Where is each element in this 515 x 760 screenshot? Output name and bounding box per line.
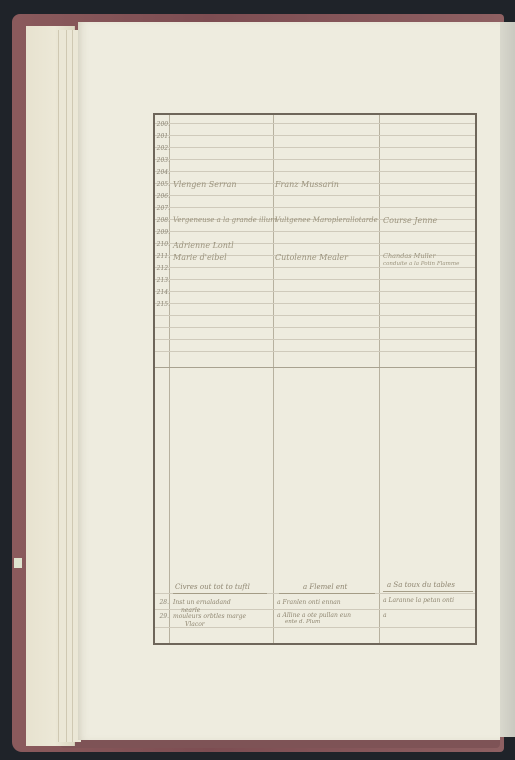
row-number: 210.	[156, 241, 170, 249]
row-number: 204.	[156, 169, 170, 177]
row-number: 211.	[156, 253, 170, 261]
row-number: 203.	[156, 157, 170, 165]
row-number: 200.	[156, 121, 170, 129]
entry-col2: Franz Mussarin	[275, 180, 339, 189]
bookmark-tab	[14, 558, 22, 568]
footer-entry-col2: a Franlen onti ennan	[277, 598, 341, 607]
entry-col3-cont: conduite a la Potin Flamme	[383, 261, 459, 267]
entry-col1: Vlengen Serran	[173, 180, 237, 189]
row-number: 214.	[156, 289, 170, 297]
entry-col3: Course Jenne	[383, 216, 437, 225]
row-number: 208.	[156, 217, 170, 225]
footer-entry-col3: a Laranne la petan onti	[383, 596, 454, 605]
entry-col1: Vergeneuse a la grande illum	[173, 216, 277, 225]
row-number: 212.	[156, 265, 170, 273]
entry-col1: Adrienne Lontl	[173, 241, 234, 250]
row-number: 205.	[156, 181, 170, 189]
footer-row-number: 29.	[153, 613, 169, 621]
row-number: 215.	[156, 301, 170, 309]
footer-entry-col2-cont: ente d. Plum	[285, 618, 320, 627]
entry-col3: Chandas Muller	[383, 252, 436, 261]
entry-col1: Marie d'eibel	[173, 253, 227, 262]
footer-header-3: a Sa toux du tables	[387, 581, 455, 590]
footer-row-number: 28.	[153, 599, 169, 607]
footer-header-1: Civres out tot to tuftl	[175, 583, 250, 592]
entry-col2: Vultgenee Maroplerallotarde	[275, 216, 378, 225]
ledger-table: 200. 201. 202. 203. 204. 205. 206. 207. …	[153, 113, 477, 645]
facing-page-edge	[500, 22, 515, 737]
footer-entry-col1-cont: Vlacor	[185, 620, 205, 629]
row-number: 206.	[156, 193, 170, 201]
footer-header-2: a Flemel ent	[303, 583, 347, 592]
footer-entry-col3: a	[383, 611, 387, 620]
row-number: 202.	[156, 145, 170, 153]
entry-col2: Cutolenne Mealer	[275, 253, 348, 262]
row-number: 207.	[156, 205, 170, 213]
footer-entry-col1: mouleurs orbtles marge	[173, 612, 246, 621]
row-number: 213.	[156, 277, 170, 285]
row-number: 201.	[156, 133, 170, 141]
row-number: 209.	[156, 229, 170, 237]
